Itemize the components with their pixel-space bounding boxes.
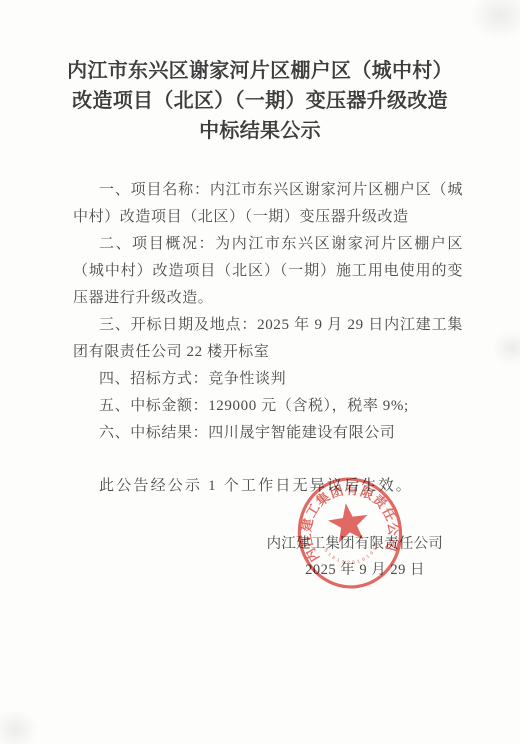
closing-statement: 此公告经公示 1 个工作日无异议后生效。	[73, 473, 463, 500]
document-page: 内江市东兴区谢家河片区棚户区（城中村） 改造项目（北区）（一期）变压器升级改造 …	[0, 0, 520, 744]
document-title: 内江市东兴区谢家河片区棚户区（城中村） 改造项目（北区）（一期）变压器升级改造 …	[30, 56, 490, 146]
paragraph-bid-result: 六、中标结果：四川晟宇智能建设有限公司	[73, 420, 463, 447]
paragraph-project-overview: 二、项目概况：为内江市东兴区谢家河片区棚户区（城中村）改造项目（北区）（一期）施…	[73, 231, 463, 312]
title-line-2: 改造项目（北区）（一期）变压器升级改造	[30, 86, 490, 116]
scan-smudge	[0, 710, 38, 744]
title-line-3: 中标结果公示	[30, 116, 490, 146]
document-body: 一、项目名称：内江市东兴区谢家河片区棚户区（城中村）改造项目（北区）（一期）变压…	[73, 177, 463, 500]
scan-smudge	[492, 330, 520, 366]
signature-date: 2025 年 9 月 29 日	[305, 558, 425, 579]
paragraph-bid-opening: 三、开标日期及地点：2025 年 9 月 29 日内江建工集团有限责任公司 22…	[73, 312, 463, 366]
scan-smudge	[470, 0, 520, 40]
title-line-1: 内江市东兴区谢家河片区棚户区（城中村）	[30, 56, 490, 86]
paragraph-tender-method: 四、招标方式：竞争性谈判	[73, 366, 463, 393]
paragraph-project-name: 一、项目名称：内江市东兴区谢家河片区棚户区（城中村）改造项目（北区）（一期）变压…	[73, 177, 463, 231]
signature-company: 内江建工集团有限责任公司	[267, 532, 443, 553]
paragraph-bid-amount: 五、中标金额：129000 元（含税），税率 9%;	[73, 393, 463, 420]
